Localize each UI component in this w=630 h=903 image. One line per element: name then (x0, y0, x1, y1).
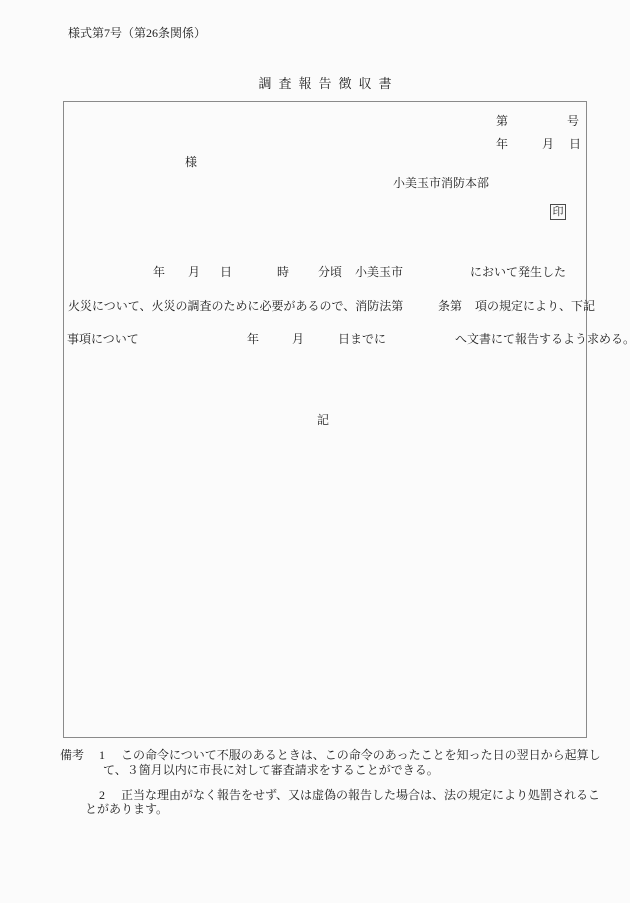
note-1-number: 1 (99, 748, 105, 762)
doc-no-prefix: 第 (496, 114, 508, 128)
seal-mark: 印 (550, 204, 566, 220)
form-number: 様式第7号（第26条関係） (68, 26, 206, 40)
body-line2-tail: 項の規定により、下記 (475, 299, 595, 313)
fire-date-year: 年 (153, 265, 165, 279)
fire-time-hour: 時 (277, 265, 289, 279)
issue-date-day: 日 (569, 137, 581, 151)
issue-date-year: 年 (496, 137, 508, 151)
fire-date-month: 月 (188, 265, 200, 279)
body-line2-lead: 火災について、火災の調査のために必要があるので、消防法第 (68, 299, 403, 313)
fire-occurred-text: において発生した (470, 265, 566, 279)
issuer-name: 小美玉市消防本部 (393, 176, 489, 190)
deadline-year: 年 (247, 332, 259, 346)
fire-time-minute: 分頃 (318, 265, 342, 279)
note-1-line1: この命令について不服のあるときは、この命令のあったことを知った日の翌日から起算し (121, 748, 601, 762)
deadline-day: 日までに (338, 332, 386, 346)
deadline-month: 月 (292, 332, 304, 346)
body-line3-lead: 事項について (67, 332, 139, 346)
fire-date-day: 日 (220, 265, 232, 279)
fire-city: 小美玉市 (355, 265, 403, 279)
note-2-line1: 正当な理由がなく報告をせず、又は虚偽の報告した場合は、法の規定により処罰されるこ (121, 788, 600, 802)
body-line3-tail: へ文書にて報告するよう求める。 (455, 332, 630, 346)
issue-date-month: 月 (542, 137, 554, 151)
body-line2-article: 条第 (438, 299, 462, 313)
document-page: 様式第7号（第26条関係） 調査報告徴収書 第 号 年 月 日 様 小美玉市消防… (0, 0, 630, 903)
note-2-line2: とがあります。 (85, 802, 168, 816)
record-marker: 記 (317, 413, 329, 427)
addressee-honorific: 様 (185, 155, 197, 169)
note-1-line2: て、３箇月以内に市長に対して審査請求をすることができる。 (103, 763, 439, 777)
doc-no-suffix: 号 (567, 114, 579, 128)
doc-title: 調査報告徴収書 (63, 77, 587, 91)
note-2-number: 2 (99, 788, 105, 802)
notes-label: 備考 (60, 748, 84, 762)
